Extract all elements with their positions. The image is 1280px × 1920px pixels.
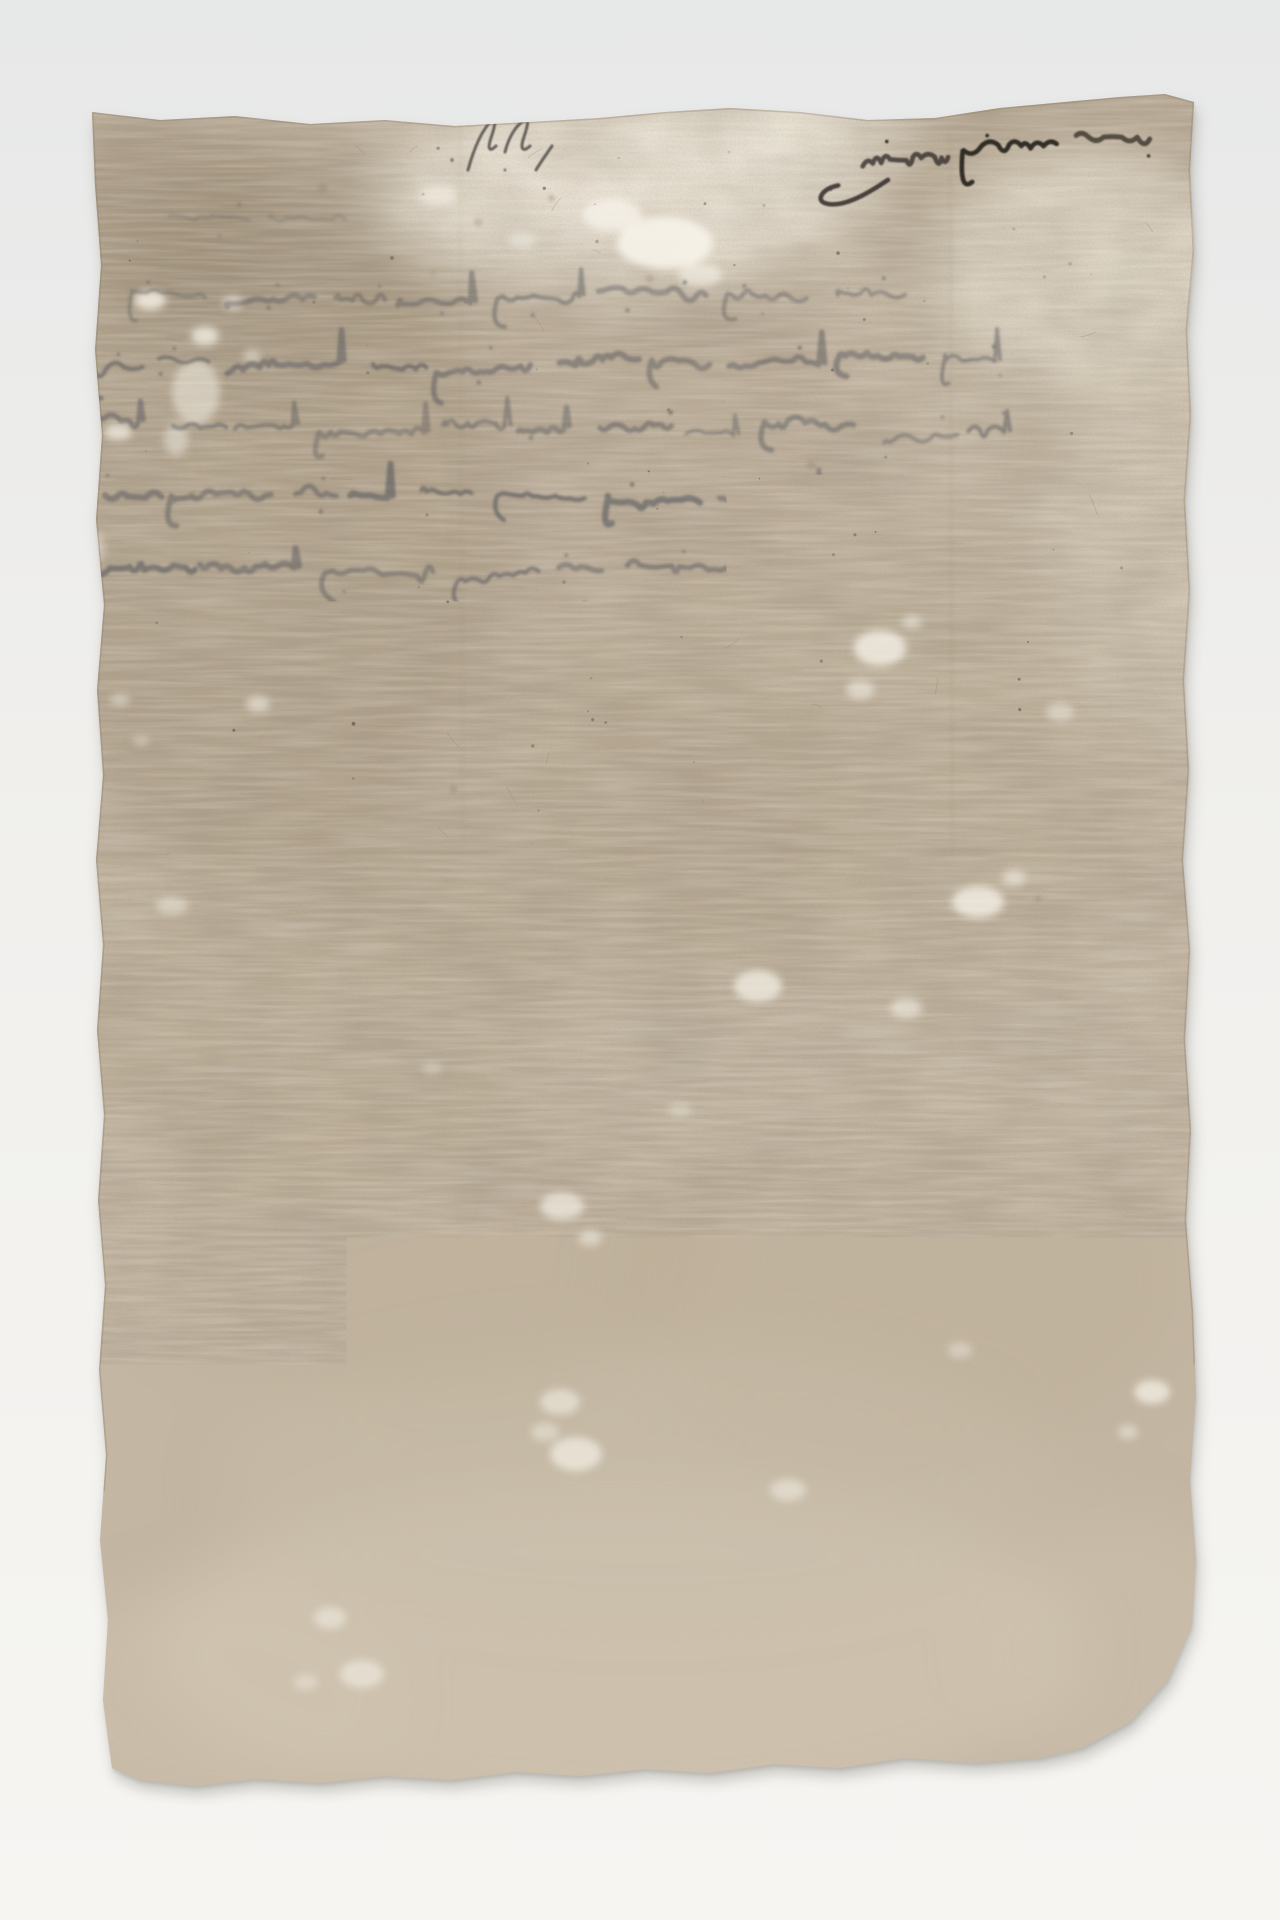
speckle-dot — [831, 368, 834, 371]
speckle-dot — [130, 1172, 134, 1176]
foxing-spot — [430, 270, 436, 276]
abrasion-patch — [540, 1192, 584, 1220]
manuscript-photo — [0, 0, 1280, 1920]
script-dot — [290, 785, 294, 789]
abrasion-patch — [422, 1062, 442, 1074]
speckle-dot — [590, 677, 593, 680]
speckle-dot — [424, 1295, 427, 1298]
script-dot — [440, 311, 443, 314]
speckle-dot — [353, 1058, 356, 1061]
script-dot — [166, 1163, 170, 1167]
speckle-dot — [449, 1083, 451, 1085]
speckle-dot — [926, 362, 929, 365]
speckle-dot — [213, 1429, 217, 1433]
abrasion-patch — [948, 1342, 972, 1358]
speckle-dot — [1144, 817, 1147, 820]
abrasion-patch — [191, 327, 219, 345]
speckle-dot — [531, 744, 534, 747]
script-dot — [710, 750, 714, 754]
speckle-dot — [656, 508, 658, 510]
speckle-dot — [232, 729, 235, 732]
texture-fiber — [80, 85, 1205, 1810]
script-dot — [965, 910, 970, 915]
speckle-dot — [545, 1247, 547, 1249]
speckle-dot — [1053, 549, 1055, 551]
signature-dot — [900, 1422, 904, 1426]
script-dot — [941, 415, 944, 418]
speckle-dot — [1106, 1341, 1110, 1345]
abrasion-patch — [420, 186, 456, 206]
speckle-dot — [352, 777, 354, 779]
speckle-dot — [694, 1317, 696, 1319]
speckle-dot — [525, 1413, 529, 1417]
script-dot — [1089, 616, 1092, 619]
script-dot — [531, 313, 535, 317]
speckle-dot — [672, 1360, 675, 1363]
script-dot — [892, 982, 896, 986]
speckle-dot — [844, 1727, 847, 1730]
speckle-dot — [145, 1309, 147, 1311]
speckle-dot — [703, 801, 704, 802]
script-dot — [831, 1165, 834, 1168]
speckle-dot — [1092, 1681, 1095, 1684]
speckle-dot — [939, 823, 941, 825]
script-dot — [788, 1276, 792, 1280]
speckle-dot — [740, 1371, 742, 1373]
abrasion-patch — [550, 1437, 602, 1471]
foxing-spot — [1035, 895, 1042, 902]
foxing-spot — [517, 1701, 525, 1709]
script-dot — [208, 906, 213, 911]
speckle-dot — [1000, 1065, 1003, 1068]
script-dot — [186, 651, 190, 655]
abrasion-patch — [508, 232, 536, 248]
speckle-dot — [148, 1486, 151, 1489]
speckle-dot — [1091, 274, 1092, 275]
script-dot — [746, 1362, 750, 1366]
speckle-dot — [259, 1333, 262, 1336]
speckle-dot — [587, 462, 589, 464]
speckle-dot — [863, 318, 866, 321]
script-dot — [1079, 1013, 1084, 1018]
script-dot — [373, 622, 376, 625]
speckle-dot — [579, 1184, 582, 1187]
speckle-dot — [312, 301, 315, 304]
speckle-dot — [292, 1662, 295, 1665]
ink-blotch — [697, 1509, 727, 1527]
speckle-dot — [955, 1652, 957, 1654]
speckle-dot — [276, 1527, 278, 1529]
speckle-dot — [1172, 1473, 1176, 1477]
script-dot — [791, 477, 795, 481]
abrasion-patch — [1002, 870, 1026, 886]
script-dot — [761, 312, 764, 315]
speckle-dot — [1018, 708, 1021, 711]
speckle-dot — [352, 722, 356, 726]
speckle-dot — [332, 862, 335, 865]
script-dot — [818, 1362, 821, 1365]
script-dot — [626, 622, 629, 625]
script-dot — [239, 803, 244, 808]
script-dot — [274, 1125, 279, 1130]
speckle-dot — [280, 1468, 282, 1470]
speckle-dot — [595, 240, 599, 244]
speckle-dot — [1015, 1189, 1019, 1193]
script-dot — [127, 1250, 131, 1254]
speckle-dot — [459, 981, 460, 982]
speckle-dot — [543, 187, 546, 190]
script-dot — [812, 903, 816, 907]
speckle-dot — [186, 1185, 189, 1188]
speckle-dot — [663, 492, 665, 494]
speckle-dot — [289, 942, 291, 944]
script-dot — [421, 685, 425, 689]
speckle-dot — [121, 1358, 124, 1361]
script-dot — [267, 306, 271, 310]
speckle-dot — [923, 300, 925, 302]
foxing-spot — [807, 460, 816, 469]
speckle-dot — [111, 1452, 112, 1453]
speckle-dot — [1144, 965, 1146, 967]
speckle-dot — [1103, 934, 1105, 936]
speckle-dot — [832, 553, 835, 556]
speckle-dot — [1068, 262, 1072, 266]
script-dot — [574, 912, 579, 917]
script-dot — [730, 1128, 735, 1133]
speckle-dot — [1027, 1287, 1031, 1291]
script-dot — [1002, 412, 1005, 415]
script-dot — [240, 830, 243, 833]
abrasion-patch — [104, 424, 132, 440]
speckle-dot — [386, 1431, 389, 1434]
script-dot — [159, 372, 163, 376]
script-dot — [237, 202, 241, 206]
speckle-dot — [170, 1399, 171, 1400]
speckle-dot — [226, 1317, 228, 1319]
script-dot — [106, 474, 109, 477]
script-dot — [494, 1014, 498, 1018]
speckle-dot — [587, 710, 588, 711]
script-dot — [571, 1128, 574, 1131]
speckle-dot — [444, 1584, 448, 1588]
script-dot — [276, 283, 279, 286]
speckle-dot — [752, 1580, 755, 1583]
script-dot — [529, 436, 534, 441]
script-dot — [853, 1160, 856, 1163]
notation-dot — [504, 169, 507, 172]
script-dot — [874, 1276, 879, 1281]
script-dot — [147, 280, 150, 283]
script-dot — [343, 590, 346, 593]
script-dot — [1077, 719, 1080, 722]
script-dot — [838, 720, 841, 723]
speckle-dot — [1105, 1711, 1107, 1713]
speckle-dot — [418, 586, 420, 588]
speckle-dot — [286, 1731, 289, 1734]
abrasion-patch — [294, 1674, 318, 1690]
script-dot — [962, 934, 965, 937]
foxing-spot — [554, 1217, 560, 1223]
script-dot — [730, 984, 734, 988]
speckle-dot — [967, 1410, 970, 1413]
speckle-dot — [641, 1036, 644, 1039]
script-dot — [297, 620, 301, 624]
speckle-dot — [912, 1601, 915, 1604]
foxing-spot — [450, 786, 457, 793]
script-dot — [117, 353, 120, 356]
script-dot — [328, 1121, 332, 1125]
speckle-dot — [829, 869, 832, 872]
speckle-dot — [733, 264, 735, 266]
speckle-dot — [1012, 227, 1015, 230]
script-dot — [681, 1279, 684, 1282]
abrasion-patch — [314, 1607, 346, 1629]
abrasion-patch — [531, 1423, 559, 1441]
speckle-dot — [703, 202, 706, 205]
speckle-dot — [128, 1326, 131, 1329]
script-dot — [798, 346, 802, 350]
speckle-dot — [1070, 432, 1073, 435]
speckle-dot — [954, 1069, 957, 1072]
abrasion-patch — [952, 886, 1004, 918]
speckle-dot — [1088, 1203, 1090, 1205]
script-dot — [522, 681, 525, 684]
ink-blotch — [712, 1481, 812, 1535]
script-dot — [477, 380, 481, 384]
speckle-dot — [133, 1657, 135, 1659]
abrasion-patch — [668, 1103, 692, 1117]
speckle-dot — [186, 1303, 189, 1306]
script-dot — [500, 1247, 503, 1250]
speckle-dot — [329, 859, 332, 862]
speckle-dot — [321, 1736, 323, 1738]
manuscript-paper — [20, 70, 1260, 1820]
speckle-dot — [155, 621, 158, 624]
speckle-dot — [658, 1226, 660, 1228]
script-dot — [322, 477, 325, 480]
speckle-dot — [762, 204, 765, 207]
script-dot — [630, 482, 634, 486]
speckle-dot — [759, 478, 760, 479]
script-dot — [836, 547, 840, 551]
speckle-dot — [575, 1269, 577, 1271]
speckle-dot — [853, 533, 856, 536]
speckle-dot — [531, 843, 532, 844]
speckle-dot — [137, 241, 138, 242]
speckle-dot — [959, 1070, 961, 1072]
script-dot — [312, 684, 317, 689]
speckle-dot — [1077, 1155, 1079, 1157]
speckle-dot — [594, 204, 595, 205]
script-dot — [420, 1284, 423, 1287]
script-dot — [313, 935, 316, 938]
foxing-spot — [646, 275, 655, 284]
speckle-dot — [884, 455, 887, 458]
foxing-spot — [581, 1508, 590, 1517]
script-dot — [712, 1250, 716, 1254]
foxing-spot — [548, 195, 555, 202]
speckle-dot — [875, 1419, 877, 1421]
speckle-dot — [1043, 275, 1046, 278]
notation-dot — [390, 256, 393, 259]
script-dot — [677, 686, 682, 691]
script-dot — [158, 906, 161, 909]
notation-dot — [450, 158, 454, 162]
speckle-dot — [1029, 1236, 1032, 1239]
foxing-spot — [474, 218, 483, 227]
speckle-dot — [469, 1543, 472, 1546]
script-dot — [857, 809, 862, 814]
script-stroke — [263, 815, 320, 819]
speckle-dot — [366, 371, 369, 374]
speckle-dot — [248, 552, 250, 554]
script-dot — [780, 1244, 784, 1248]
speckle-dot — [537, 809, 540, 812]
speckle-dot — [681, 1354, 684, 1357]
abrasion-patch — [243, 350, 261, 362]
speckle-dot — [722, 401, 724, 403]
speckle-dot — [531, 1213, 533, 1215]
script-dot — [266, 798, 269, 801]
script-dot — [565, 554, 568, 557]
script-dot — [458, 1388, 462, 1392]
speckle-dot — [604, 721, 607, 724]
speckle-dot — [551, 1566, 554, 1569]
speckle-dot — [718, 1170, 721, 1173]
script-dot — [165, 684, 168, 687]
speckle-dot — [227, 1290, 230, 1293]
speckle-dot — [847, 287, 849, 289]
abrasion-patch — [1134, 1380, 1170, 1404]
speckle-dot — [1152, 876, 1154, 878]
speckle-dot — [129, 260, 131, 262]
speckle-dot — [277, 903, 280, 906]
speckle-dot — [618, 157, 620, 159]
speckle-dot — [875, 531, 877, 533]
script-dot — [625, 308, 630, 313]
script-dot — [319, 509, 323, 513]
script-dot — [173, 347, 176, 350]
speckle-dot — [643, 1319, 645, 1321]
speckle-dot — [422, 193, 425, 196]
speckle-dot — [1018, 678, 1021, 681]
speckle-dot — [648, 470, 650, 472]
script-dot — [999, 374, 1002, 377]
script-dot — [321, 748, 324, 751]
script-dot — [981, 1246, 986, 1251]
script-dot — [606, 1248, 610, 1252]
speckle-dot — [883, 1412, 884, 1413]
script-dot — [143, 717, 147, 721]
speckle-dot — [632, 878, 634, 880]
script-dot — [445, 1248, 449, 1252]
speckle-dot — [836, 251, 840, 255]
speckle-dot — [202, 1486, 206, 1490]
speckle-dot — [597, 1367, 599, 1369]
script-dot — [914, 681, 917, 684]
script-dot — [860, 624, 865, 629]
speckle-dot — [820, 659, 823, 662]
script-dot — [335, 901, 338, 904]
speckle-dot — [562, 580, 566, 584]
speckle-dot — [971, 1139, 975, 1143]
speckle-dot — [1054, 1250, 1057, 1253]
speckle-dot — [436, 147, 439, 150]
speckle-dot — [822, 943, 824, 945]
speckle-dot — [265, 1417, 268, 1420]
script-dot — [682, 550, 685, 553]
abrasion-patch — [133, 736, 149, 746]
speckle-dot — [470, 1303, 472, 1305]
photo-canvas — [0, 0, 1280, 1920]
foxing-spot — [320, 1646, 329, 1655]
speckle-dot — [530, 1307, 533, 1310]
speckle-dot — [446, 600, 449, 603]
script-dot — [481, 1168, 483, 1170]
foxing-spot — [468, 1475, 474, 1481]
script-dot — [477, 753, 481, 757]
script-dot — [976, 657, 979, 660]
script-dot — [913, 478, 916, 481]
signature-dot — [826, 1364, 830, 1368]
speckle-dot — [1020, 1039, 1023, 1042]
speckle-dot — [402, 1147, 404, 1149]
speckle-dot — [702, 1361, 704, 1363]
speckle-dot — [591, 718, 594, 721]
script-dot — [566, 618, 569, 621]
speckle-dot — [621, 1434, 623, 1436]
script-dot — [589, 712, 594, 717]
abrasion-patch — [340, 1660, 384, 1688]
script-dot — [882, 276, 886, 280]
script-dot — [470, 982, 475, 987]
speckle-dot — [711, 1027, 714, 1030]
script-dot — [489, 346, 492, 349]
script-dot — [1103, 978, 1107, 982]
script-dot — [916, 1007, 920, 1011]
script-dot — [731, 904, 734, 907]
script-dot — [992, 345, 996, 349]
speckle-dot — [426, 513, 429, 516]
speckle-dot — [693, 761, 694, 762]
speckle-dot — [1078, 911, 1081, 914]
script-dot — [934, 1124, 937, 1127]
speckle-dot — [1108, 782, 1109, 783]
foxing-spot — [318, 183, 327, 192]
script-dot — [217, 233, 222, 238]
speckle-dot — [145, 450, 147, 452]
abrasion-patch — [1118, 1425, 1138, 1439]
script-dot — [742, 284, 746, 288]
script-dot — [1110, 1157, 1114, 1161]
script-dot — [683, 280, 687, 284]
speckle-dot — [394, 1215, 396, 1217]
speckle-dot — [511, 977, 514, 980]
speckle-dot — [252, 1170, 256, 1174]
script-dot — [1018, 557, 1023, 562]
abrasion-patch — [582, 199, 642, 231]
speckle-dot — [367, 345, 368, 346]
script-stroke — [1113, 697, 1145, 699]
speckle-dot — [536, 368, 538, 370]
abrasion-patch — [172, 360, 220, 424]
speckle-dot — [716, 1659, 718, 1661]
script-dot — [428, 807, 432, 811]
script-dot — [378, 717, 382, 721]
script-dot — [668, 410, 673, 415]
script-dot — [847, 687, 852, 692]
script-dot — [378, 285, 381, 288]
